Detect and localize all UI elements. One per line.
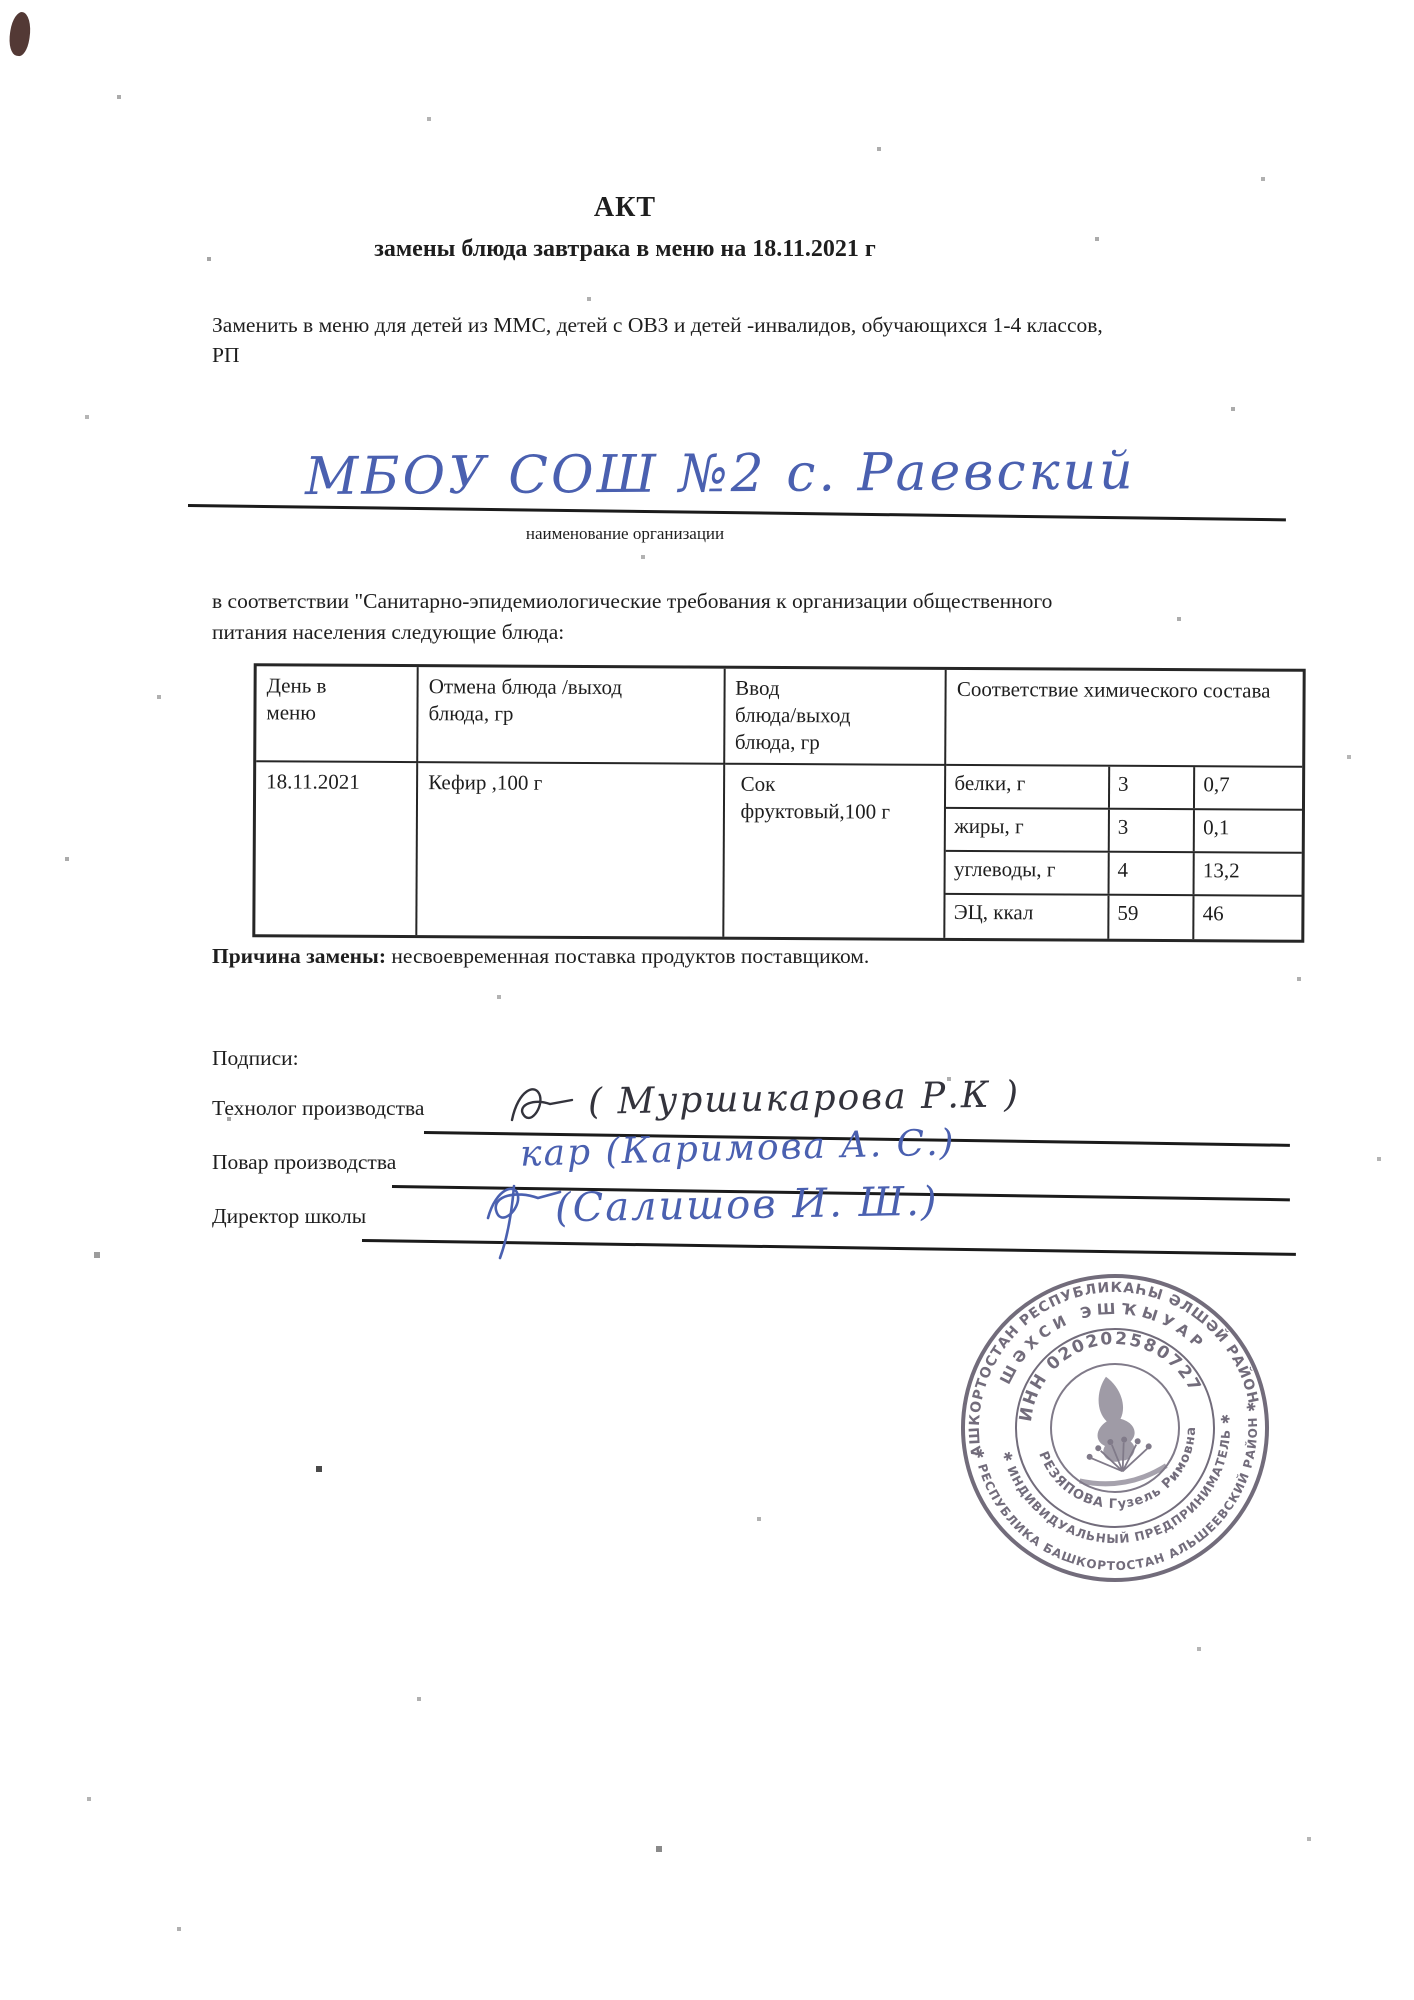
signatures-heading: Подписи: [212,1046,299,1071]
nutrient-name: углеводы, г [946,852,1110,894]
nutrient-value-introduced: 13,2 [1195,853,1302,895]
org-name-caption: наименование организации [0,524,1250,544]
nutrient-row-fats: жиры, г 3 0,1 [946,809,1302,854]
signature-role-technologist: Технолог производства [212,1096,424,1121]
nutrient-value-cancelled: 59 [1109,896,1195,939]
scan-corner-mark [7,11,34,58]
cell-cancelled-dish: Кефир ,100 г [417,763,724,937]
cell-date: 18.11.2021 [255,762,418,935]
intro-paragraph: Заменить в меню для детей из ММС, детей … [212,310,1122,370]
nutrients-subtable: белки, г 3 0,7 жиры, г 3 0,1 углеводы, г… [946,766,1303,940]
header-introduced-dish: Ввод блюда/выход блюда, гр [725,669,947,766]
nutrient-value-cancelled: 3 [1110,810,1196,851]
header-cancelled-dish: Отмена блюда /выход блюда, гр [418,667,725,765]
org-name-handwritten: МБОУ СОШ №2 с. Раевский [305,441,1205,507]
signature-name-director: (Салишов И. Ш.) [555,1179,939,1232]
nutrient-row-carbs: углеводы, г 4 13,2 [946,852,1302,897]
scanned-document-page: АКТ замены блюда завтрака в меню на 18.1… [0,0,1414,2000]
nutrient-value-introduced: 0,7 [1195,767,1302,809]
signature-scrawl-technologist [506,1080,586,1136]
nutrient-row-proteins: белки, г 3 0,7 [946,766,1302,811]
nutrient-value-introduced: 0,1 [1195,810,1302,852]
cell-introduced-dish: Сок фруктовый,100 г [724,765,947,938]
header-day-in-menu: День в меню [256,666,419,763]
nutrient-value-introduced: 46 [1195,896,1302,940]
nutrient-name: ЭЦ, ккал [946,895,1110,939]
round-stamp: БАШКОРТОСТАН РЕСПУБЛИКАҺЫ ӘЛШӘЙ РАЙОНЫ ✱… [918,1231,1312,1625]
table-header-row: День в меню Отмена блюда /выход блюда, г… [256,666,1302,767]
replacement-reason: Причина замены: несвоевременная поставка… [212,944,1212,969]
reason-text: несвоевременная поставка продуктов поста… [386,944,869,968]
header-chemical-composition: Соответствие химического состава [947,670,1303,768]
document-subtitle: замены блюда завтрака в меню на 18.11.20… [0,236,1250,263]
nutrient-value-cancelled: 4 [1109,853,1195,894]
org-name-underline [188,504,1286,521]
table-data-row: 18.11.2021 Кефир ,100 г Сок фруктовый,10… [255,762,1302,939]
nutrient-row-energy: ЭЦ, ккал 59 46 [946,895,1302,940]
nutrient-value-cancelled: 3 [1110,767,1196,808]
document-title: АКТ [0,192,1250,224]
body-paragraph: в соответствии "Санитарно-эпидемиологиче… [212,586,1124,648]
dish-replacement-table: День в меню Отмена блюда /выход блюда, г… [252,663,1305,943]
signature-role-director: Директор школы [212,1204,366,1229]
nutrient-name: жиры, г [946,809,1110,851]
nutrient-name: белки, г [946,766,1110,808]
scan-speckles [0,0,2,2]
signature-name-technologist: ( Муршикарова Р.К ) [588,1074,1021,1123]
signature-role-cook: Повар производства [212,1150,396,1175]
reason-label: Причина замены: [212,944,386,968]
